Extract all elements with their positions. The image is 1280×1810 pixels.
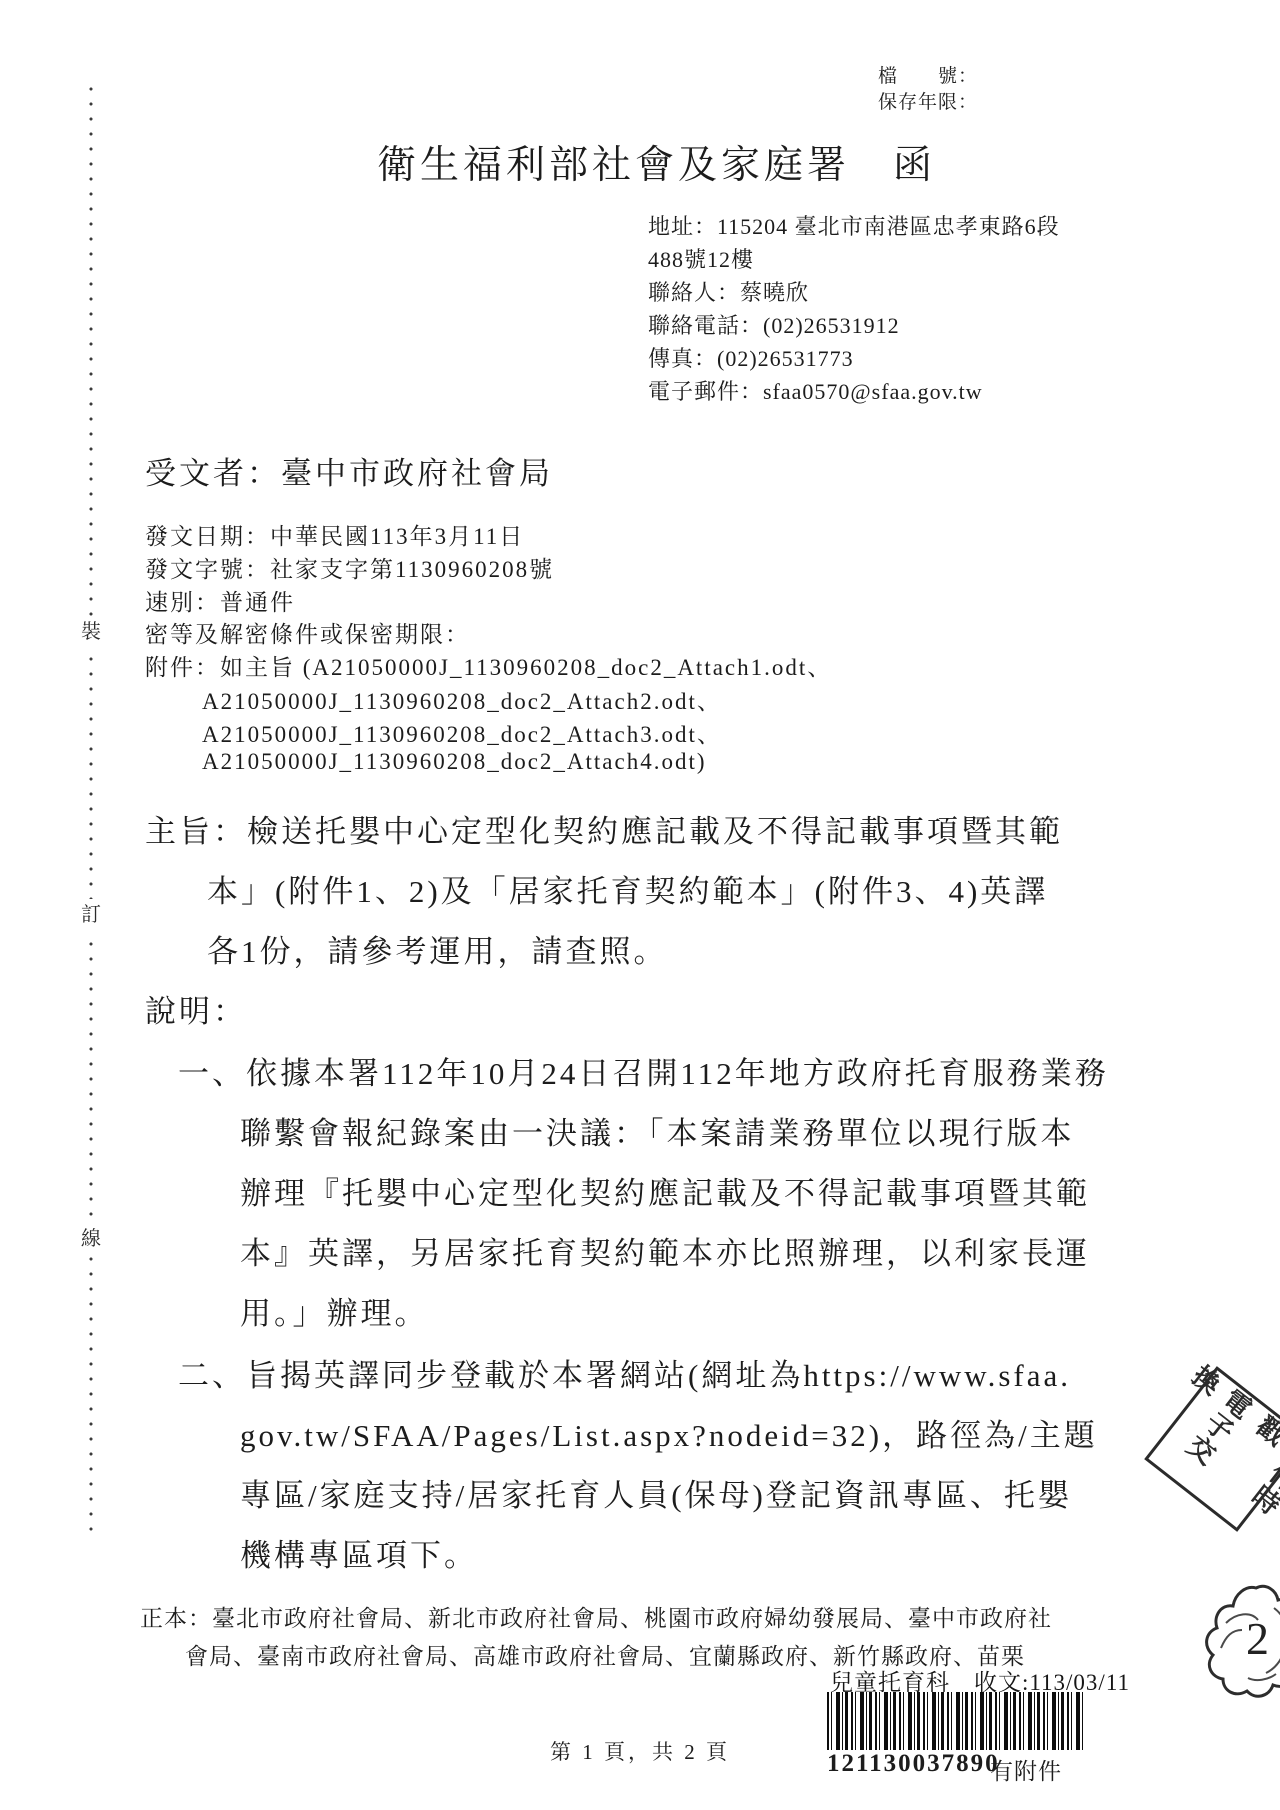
explanation-item2-line2: gov.tw/SFAA/Pages/List.aspx?nodeid=32)，路… [240,1410,1098,1455]
page-stamp-number: 2 [1246,1613,1269,1664]
archive-header: 檔 號： 保存年限： [878,64,978,116]
recipient-line: 受文者：臺中市政府社會局 [145,448,553,493]
sender-email: 電子郵件：sfaa0570@sfaa.gov.tw [648,375,1060,408]
scalloped-page-stamp: 2 [1196,1578,1280,1702]
document-title: 衛生福利部社會及家庭署 函 [377,134,936,190]
explanation-item1-line3: 辦理『托嬰中心定型化契約應記載及不得記載事項暨其範 [240,1168,1090,1213]
attachment-line-2: A21050000J_1130960208_doc2_Attach2.odt、 [202,683,722,716]
explanation-item2-line3: 專區/家庭支持/居家托育人員(保母)登記資訊專區、托嬰 [240,1470,1072,1515]
attachment-line-4: A21050000J_1130960208_doc2_Attach4.odt) [202,749,707,775]
explanation-item2-line4: 機構專區項下。 [240,1530,478,1575]
sender-address-line1: 地址：115204 臺北市南港區忠孝東路6段 [648,210,1060,243]
binding-mark-zhuang: 裝 [81,616,101,648]
binding-dotted-line [89,85,93,1533]
copies-line-1: 正本：臺北市政府社會局、新北市政府社會局、桃園市政府婦幼發展局、臺中市政府社 [140,1600,1052,1633]
priority-line: 速別：普通件 [145,584,295,617]
sender-address-line2: 488號12樓 [648,243,1060,276]
file-number-label: 檔 號： [878,64,978,90]
barcode-number: 121130037890 [827,1750,1000,1778]
security-line: 密等及解密條件或保密期限： [145,616,470,649]
sender-phone: 聯絡電話：(02)26531912 [648,309,1060,342]
attachment-line-1: 附件：如主旨 (A21050000J_1130960208_doc2_Attac… [145,649,832,682]
explanation-item2-line1: 二、旨揭英譯同步登載於本署網站(網址為https://www.sfaa. [178,1350,1071,1395]
retention-period-label: 保存年限： [878,90,978,116]
sender-fax: 傳真：(02)26531773 [648,342,1060,375]
page-number-footer: 第 1 頁，共 2 頁 [460,1736,820,1766]
barcode [827,1692,1085,1750]
electronic-exchange-stamp: 電子交換 文件時戳 [1144,1366,1280,1532]
sender-contact-block: 地址：115204 臺北市南港區忠孝東路6段 488號12樓 聯絡人：蔡曉欣 聯… [648,210,1060,408]
binding-mark-xian: 線 [81,1223,101,1255]
attachment-line-3: A21050000J_1130960208_doc2_Attach3.odt、 [202,716,722,749]
subject-line-2: 本」(附件1、2)及「居家托育契約範本」(附件3、4)英譯 [207,866,1048,911]
subject-line-1: 主旨：檢送托嬰中心定型化契約應記載及不得記載事項暨其範 [145,806,1063,851]
explanation-item1-line5: 用。」辦理。 [240,1288,429,1333]
barcode-attachment-note: 有附件 [990,1753,1062,1786]
doc-number-line: 發文字號：社家支字第1130960208號 [145,551,554,584]
explanation-heading: 說明： [145,986,247,1031]
explanation-item1-line1: 一、依據本署112年10月24日召開112年地方政府托育服務業務 [178,1048,1109,1093]
explanation-item1-line2: 聯繫會報紀錄案由一決議：「本案請業務單位以現行版本 [240,1108,1075,1153]
scanned-official-letter-page: 裝 訂 線 檔 號： 保存年限： 衛生福利部社會及家庭署 函 地址：115204… [0,0,1280,1810]
issue-date-line: 發文日期：中華民國113年3月11日 [145,518,524,551]
explanation-item1-line4: 本』英譯，另居家托育契約範本亦比照辦理，以利家長運 [240,1228,1090,1273]
sender-contact-person: 聯絡人：蔡曉欣 [648,276,1060,309]
binding-mark-ding: 訂 [81,899,101,931]
subject-line-3: 各1份，請參考運用，請查照。 [207,926,668,971]
